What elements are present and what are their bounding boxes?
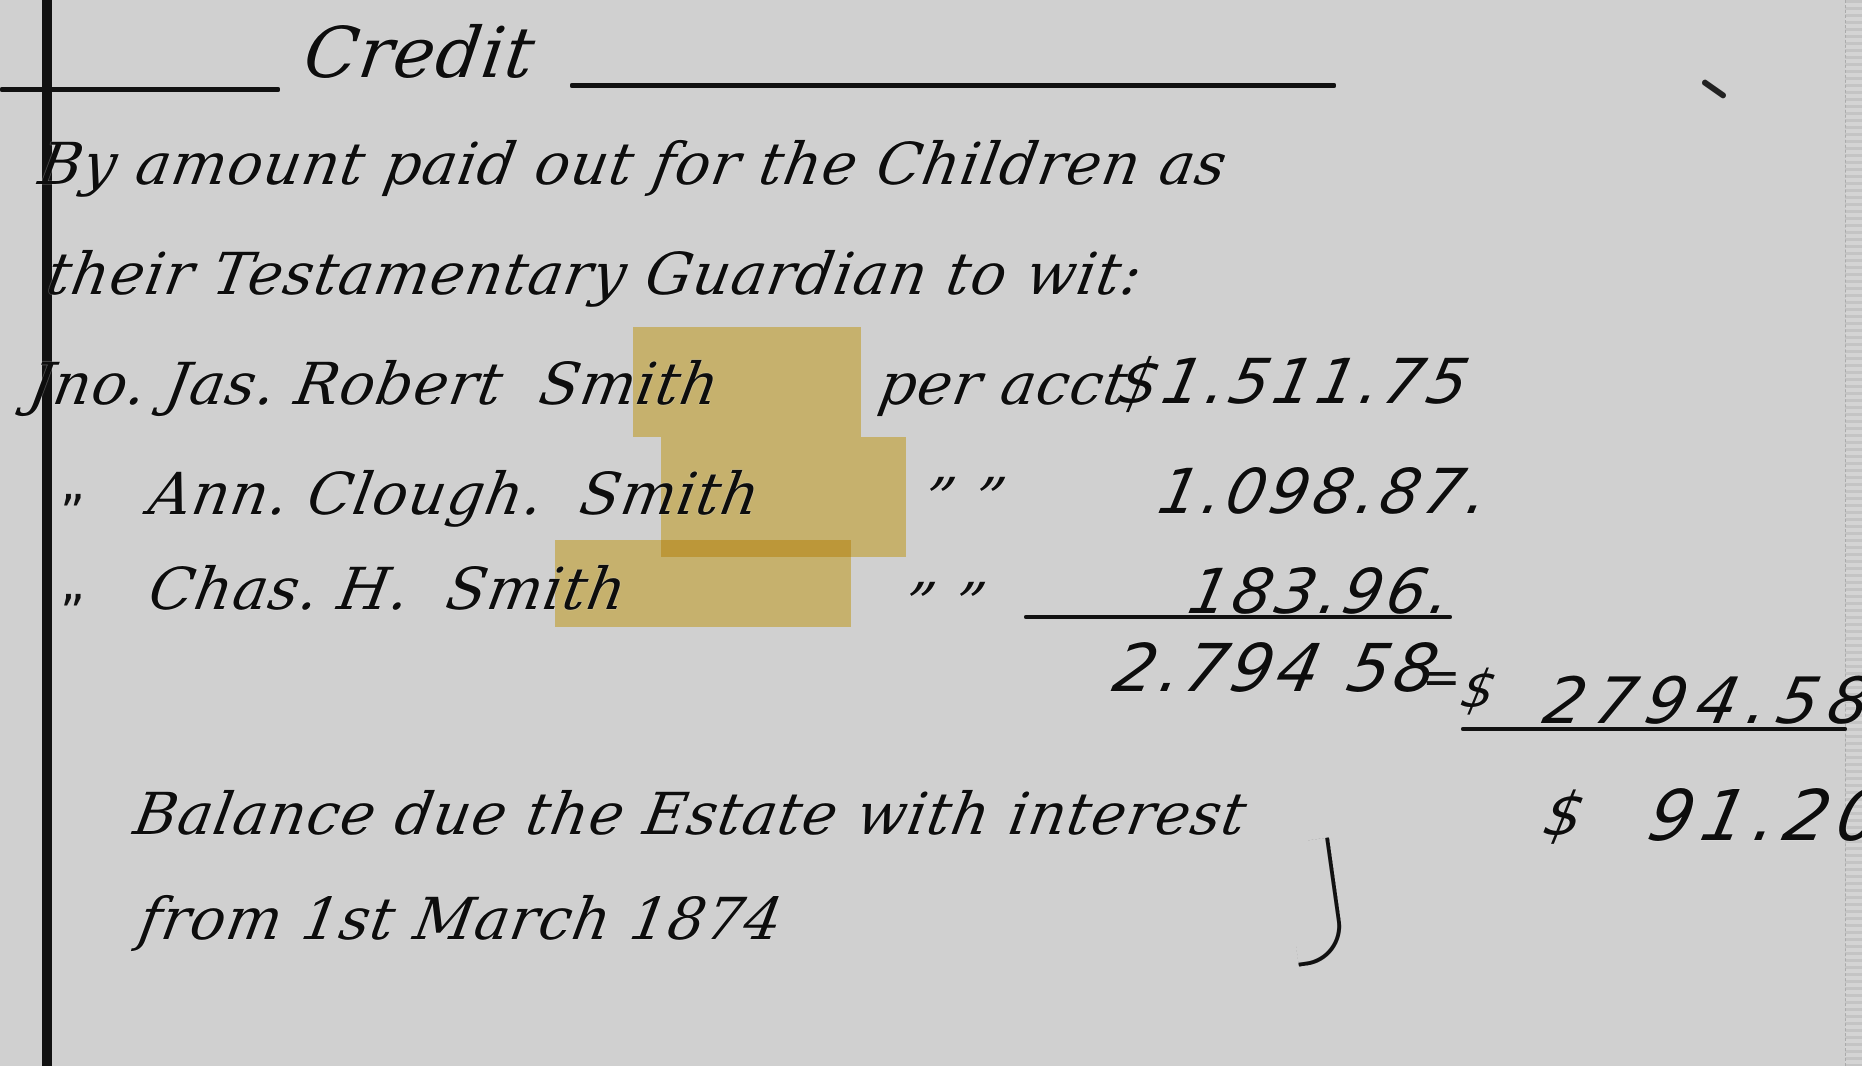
heading-rule-right bbox=[570, 83, 1336, 88]
entry-3-surname: Smith bbox=[441, 555, 632, 623]
equals-sign: = bbox=[1422, 650, 1461, 704]
entry-2-surname: Smith bbox=[575, 460, 766, 528]
intro-line-1: By amount paid out for the Children as bbox=[34, 130, 1233, 198]
entry-1-per-acct: per acct bbox=[874, 350, 1134, 418]
entry-3-prefix: Chas. H. bbox=[144, 555, 416, 623]
entry-2-name: Ann. Clough. Smith bbox=[144, 460, 766, 528]
ledger-page: Credit By amount paid out for the Childr… bbox=[0, 0, 1862, 1066]
entry-2-ditto: ” ” bbox=[919, 465, 1012, 533]
balance-dollar-sign: $ bbox=[1538, 780, 1595, 850]
total-underline bbox=[1461, 727, 1847, 731]
intro-line-2: their Testamentary Guardian to wit: bbox=[42, 240, 1148, 308]
brace-mark bbox=[1282, 837, 1347, 966]
ditto-mark-row-3: ” bbox=[60, 585, 85, 641]
ditto-mark-row-2: ” bbox=[60, 485, 85, 541]
total-dollar-sign: $ bbox=[1456, 660, 1506, 720]
heading-rule-left bbox=[0, 87, 280, 92]
balance-text-1: Balance due the Estate with interest bbox=[129, 780, 1253, 848]
entry-1-surname: Smith bbox=[534, 350, 725, 418]
sum-underline bbox=[1024, 615, 1452, 619]
entry-2-prefix: Ann. Clough. bbox=[144, 460, 550, 528]
entry-3-name: Chas. H. Smith bbox=[144, 555, 632, 623]
entry-3-ditto: ” ” bbox=[899, 570, 992, 638]
entry-1-amount: $1.511.75 bbox=[1112, 345, 1479, 418]
subtotal-amount: 2.794 58 bbox=[1107, 630, 1449, 707]
heading-credit: Credit bbox=[299, 12, 540, 94]
ink-speck bbox=[1701, 79, 1727, 100]
entry-2-amount: 1.098.87. bbox=[1152, 455, 1499, 528]
entry-1-prefix: Jno. Jas. Robert bbox=[24, 350, 509, 418]
balance-amount: 91.20 bbox=[1641, 775, 1862, 857]
page-edge bbox=[1845, 0, 1862, 1066]
balance-text-2: from 1st March 1874 bbox=[134, 885, 789, 953]
entry-1-name: Jno. Jas. Robert Smith bbox=[24, 350, 725, 418]
